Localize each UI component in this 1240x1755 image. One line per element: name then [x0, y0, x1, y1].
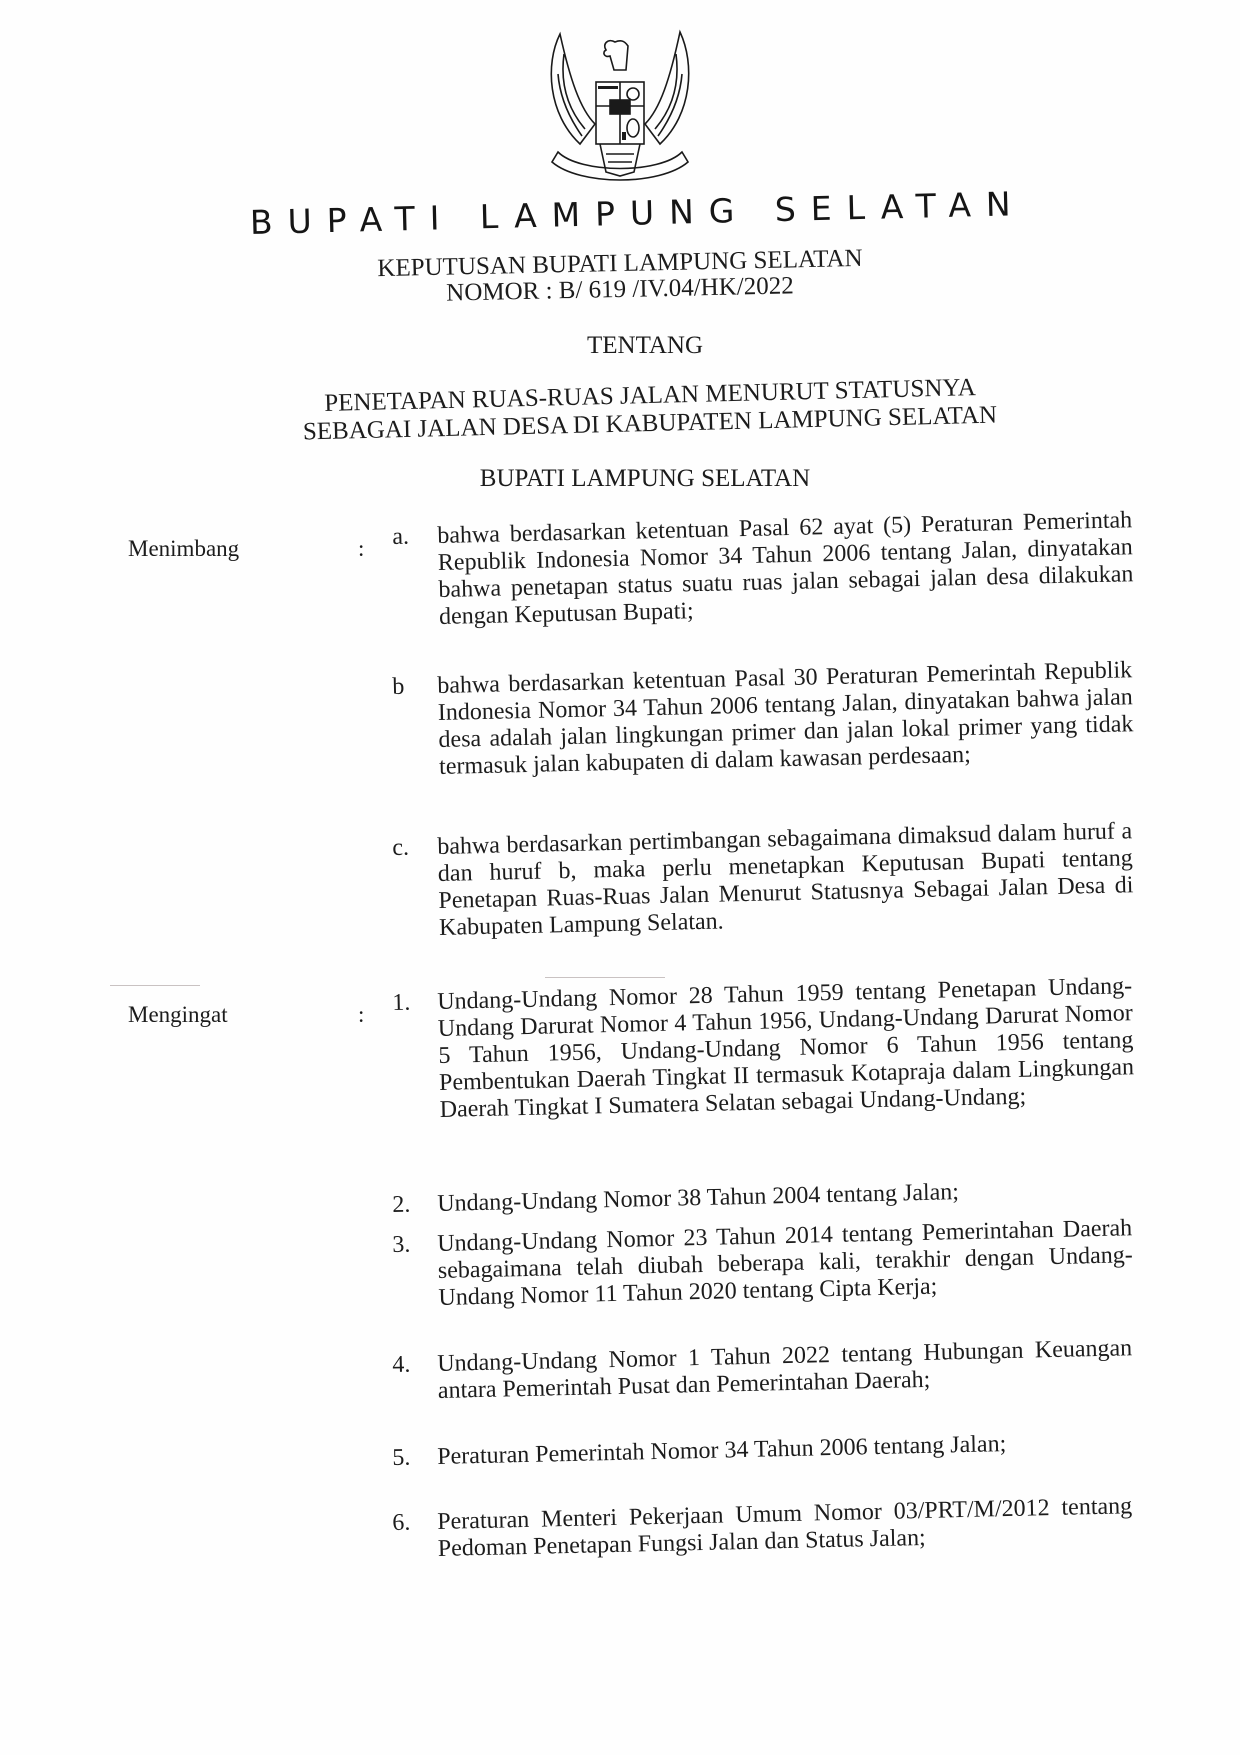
- scan-artifact: [545, 977, 665, 978]
- item-text: Peraturan Menteri Pekerjaan Umum Nomor 0…: [437, 1493, 1133, 1563]
- menimbang-item-b: b bahwa berdasarkan ketentuan Pasal 30 P…: [392, 657, 1134, 782]
- item-marker: 5.: [392, 1444, 433, 1472]
- item-text: Peraturan Pemerintah Nomor 34 Tahun 2006…: [437, 1428, 1132, 1471]
- menimbang-item-a: a. bahwa berdasarkan ketentuan Pasal 62 …: [392, 507, 1134, 632]
- issuer-title: BUPATI LAMPUNG SELATAN: [25, 465, 1240, 493]
- scan-artifact: [110, 985, 200, 986]
- item-text: Undang-Undang Nomor 28 Tahun 1959 tentan…: [437, 973, 1135, 1124]
- mengingat-item-2: 2. Undang-Undang Nomor 38 Tahun 2004 ten…: [392, 1175, 1132, 1219]
- menimbang-colon: :: [358, 536, 364, 562]
- item-marker: 3.: [392, 1231, 433, 1259]
- document-page: BUPATI LAMPUNG SELATAN KEPUTUSAN BUPATI …: [0, 0, 1240, 1755]
- mengingat-item-3: 3. Undang-Undang Nomor 23 Tahun 2014 ten…: [392, 1215, 1134, 1313]
- mengingat-label: Mengingat: [128, 1002, 228, 1028]
- item-marker: 2.: [392, 1191, 433, 1219]
- item-text: bahwa berdasarkan ketentuan Pasal 62 aya…: [437, 507, 1134, 631]
- mengingat-item-6: 6. Peraturan Menteri Pekerjaan Umum Nomo…: [392, 1493, 1133, 1564]
- item-text: bahwa berdasarkan pertimbangan sebagaima…: [437, 818, 1134, 942]
- item-text: Undang-Undang Nomor 38 Tahun 2004 tentan…: [437, 1175, 1132, 1218]
- menimbang-label: Menimbang: [128, 536, 239, 562]
- item-marker: a.: [392, 523, 433, 551]
- mengingat-item-5: 5. Peraturan Pemerintah Nomor 34 Tahun 2…: [392, 1428, 1132, 1472]
- menimbang-item-c: c. bahwa berdasarkan pertimbangan sebaga…: [392, 818, 1134, 943]
- item-marker: 4.: [392, 1351, 433, 1379]
- garuda-emblem-icon: [540, 24, 700, 194]
- institution-title: BUPATI LAMPUNG SELATAN: [250, 184, 1011, 242]
- item-text: Undang-Undang Nomor 23 Tahun 2014 tentan…: [437, 1215, 1134, 1312]
- item-marker: c.: [392, 834, 433, 862]
- item-marker: 1.: [392, 989, 433, 1017]
- about-label: TENTANG: [25, 332, 1240, 360]
- mengingat-item-4: 4. Undang-Undang Nomor 1 Tahun 2022 tent…: [392, 1335, 1133, 1406]
- item-text: Undang-Undang Nomor 1 Tahun 2022 tentang…: [437, 1335, 1133, 1405]
- item-text: bahwa berdasarkan ketentuan Pasal 30 Per…: [437, 657, 1134, 781]
- item-marker: b: [392, 673, 433, 701]
- mengingat-item-1: 1. Undang-Undang Nomor 28 Tahun 1959 ten…: [392, 973, 1135, 1125]
- mengingat-colon: :: [358, 1002, 364, 1028]
- item-marker: 6.: [392, 1509, 433, 1537]
